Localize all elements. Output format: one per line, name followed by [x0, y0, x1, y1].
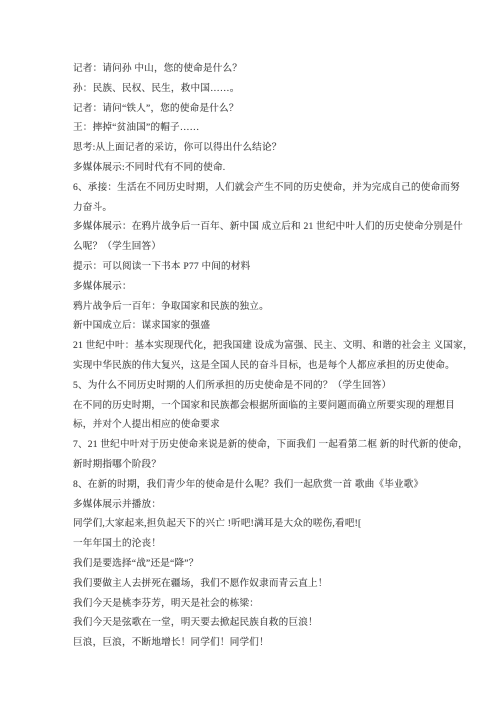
doc-line: 5、为什么不同历史时期的人们所承担的历史使命是不同的？（学生回答） — [73, 376, 450, 396]
doc-line: 提示：可以阅读一下书本 P77 中间的材料 — [73, 257, 450, 277]
doc-line: 7、21 世纪中叶对于历史使命来说是新的使命，下面我们 一起看第二框 新的时代新… — [73, 435, 450, 455]
document-page: 记者：请问孙 中山，您的使命是什么？ 孙：民族、民权、民生，救中国……。 记者：… — [0, 0, 500, 707]
doc-line: 多媒体展示:不同时代有不同的使命. — [73, 158, 450, 178]
doc-line: 孙：民族、民权、民生，救中国……。 — [73, 79, 450, 99]
doc-line: 多媒体展示：在鸦片战争后一百年、新中国 成立后和 21 世纪中叶人们的历史使命分… — [73, 217, 450, 237]
doc-line: 我们要做主人去拼死在疆场，我们不愿作奴隶而青云直上！ — [73, 574, 450, 594]
doc-line: 标，并对个人提出相应的使命要求 — [73, 415, 450, 435]
doc-line: 我们是要选择“战”还是“降”？ — [73, 554, 450, 574]
doc-line: 我们今天是桃李芬芳，明天是社会的栋梁： — [73, 594, 450, 614]
doc-line: 力奋斗。 — [73, 198, 450, 218]
doc-line: 记者：请问孙 中山，您的使命是什么？ — [73, 59, 450, 79]
doc-line: 思考:从上面记者的采访，你可以得出什么结论？ — [73, 138, 450, 158]
doc-line: 6、承接：生活在不同历史时期，人们就会产生不同的历史使命，并为完成自己的使命而努 — [73, 178, 450, 198]
doc-line: 同学们,大家起来,担负起天下的兴亡 !听吧!满耳是大众的嗟伤,看吧![ — [73, 514, 450, 534]
doc-line: 21 世纪中叶：基本实现现代化，把我国建 设成为富强、民主、文明、和谐的社会主 … — [73, 336, 450, 356]
doc-line: 在不同的历史时期，一个国家和民族都会根据所面临的主要问题而确立所要实现的理想目 — [73, 396, 450, 416]
doc-line: 巨浪，巨浪，不断地增长！同学们！同学们！ — [73, 633, 450, 653]
doc-line: 一年年国土的沦丧！ — [73, 534, 450, 554]
doc-line: 新中国成立后：谋求国家的强盛 — [73, 316, 450, 336]
doc-line: 我们今天是弦歌在一堂，明天要去掀起民族自救的巨浪！ — [73, 613, 450, 633]
doc-line: 新时期指哪个阶段？ — [73, 455, 450, 475]
doc-line: 多媒体展示并播放： — [73, 495, 450, 515]
doc-line: 实现中华民族的伟大复兴，这是全国人民的奋斗目标，也是每个人都应承担的历史使命。 — [73, 356, 450, 376]
doc-line: 多媒体展示： — [73, 277, 450, 297]
doc-line: 么呢？（学生回答） — [73, 237, 450, 257]
doc-line: 鸦片战争后一百年：争取国家和民族的独立。 — [73, 297, 450, 317]
doc-line: 8、在新的时期，我们青少年的使命是什么呢？我们一起欣赏一首 歌曲《毕业歌》 — [73, 475, 450, 495]
doc-line: 王：摔掉“贫油国”的帽子…… — [73, 118, 450, 138]
doc-line: 记者：请问“铁人”，您的使命是什么？ — [73, 99, 450, 119]
